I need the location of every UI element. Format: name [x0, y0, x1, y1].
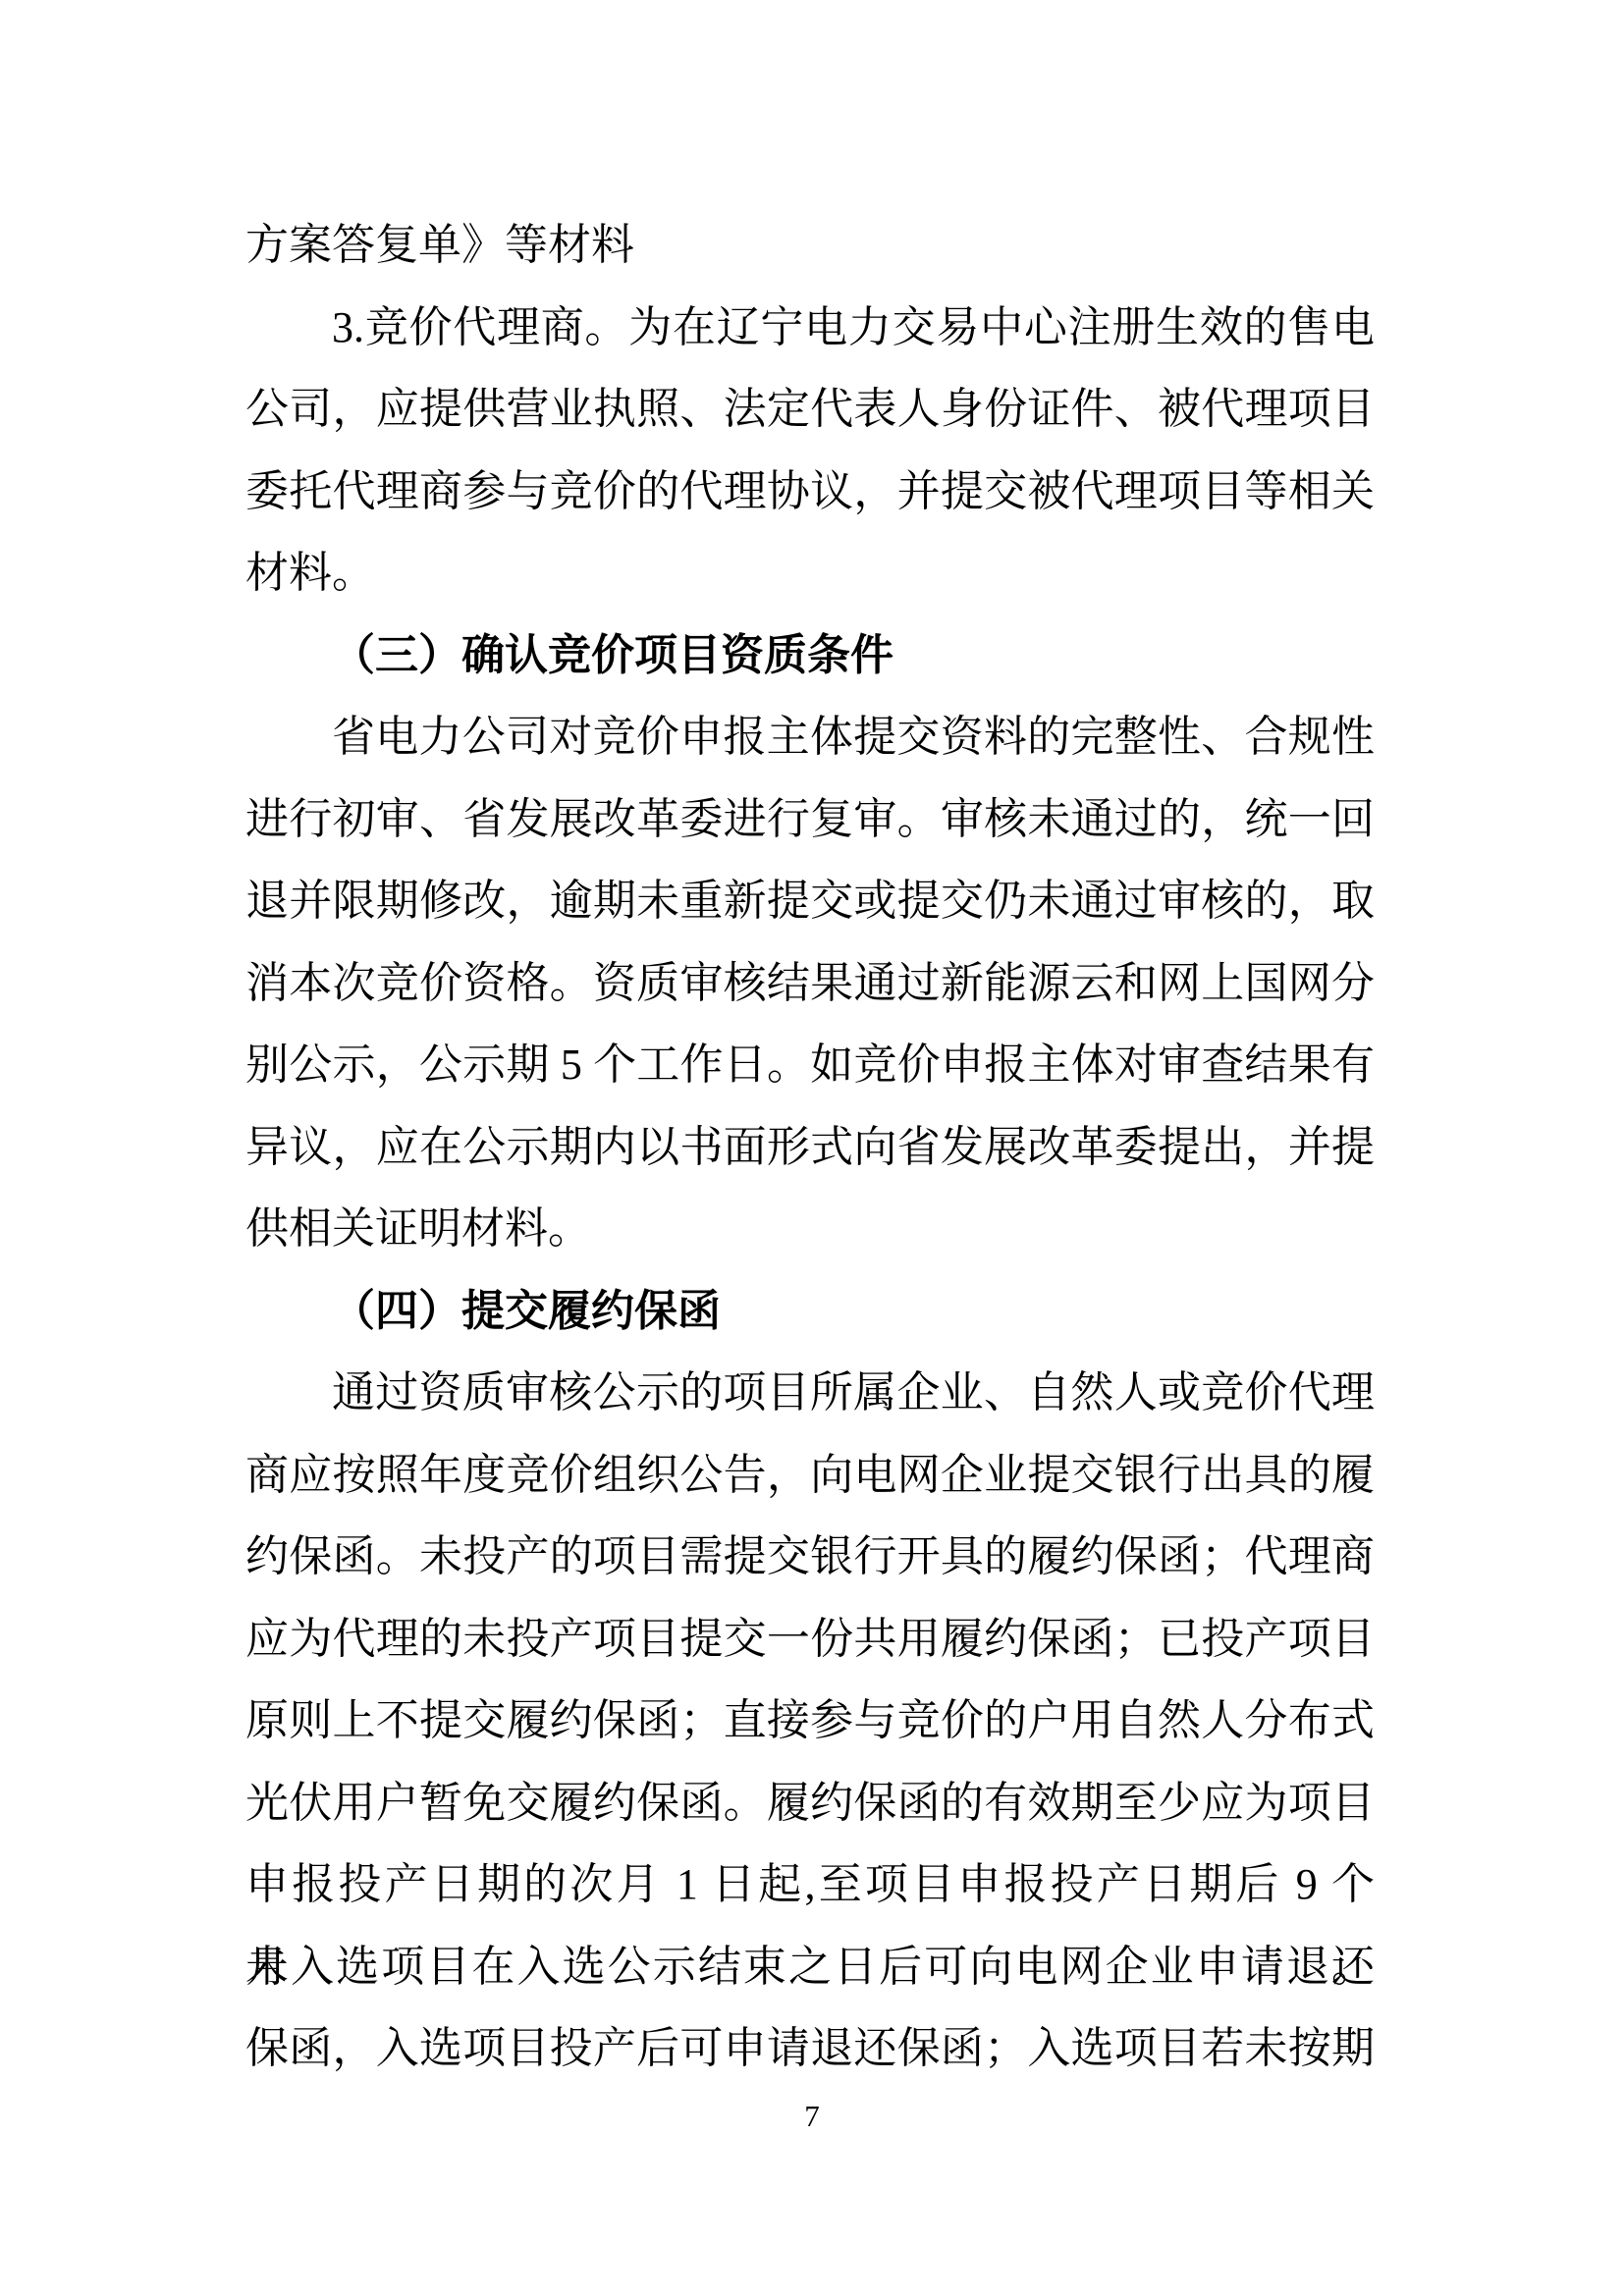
text-line: 进行初审、省发展改革委进行复审。审核未通过的，统一回	[245, 778, 1375, 861]
text-line: 别公示，公示期 5 个工作日。如竞价申报主体对审查结果有	[245, 1024, 1375, 1106]
text-line: 保函，入选项目投产后可申请退还保函；入选项目若未按期	[245, 2007, 1375, 2090]
text-line: 申报投产日期的次月 1 日起,至项目申报投产日期后 9 个月。	[245, 1843, 1375, 1926]
text-line: 3.竞价代理商。为在辽宁电力交易中心注册生效的售电	[245, 287, 1375, 369]
text-line: 未入选项目在入选公示结束之日后可向电网企业申请退还	[245, 1926, 1375, 2008]
text-line: 消本次竞价资格。资质审核结果通过新能源云和网上国网分	[245, 942, 1375, 1025]
page-number: 7	[0, 2099, 1624, 2134]
text-line: 异议，应在公示期内以书面形式向省发展改革委提出，并提	[245, 1106, 1375, 1189]
text-line: 光伏用户暂免交履约保函。履约保函的有效期至少应为项目	[245, 1762, 1375, 1844]
document-page: 方案答复单》等材料3.竞价代理商。为在辽宁电力交易中心注册生效的售电公司，应提供…	[0, 0, 1624, 2296]
text-line: 公司，应提供营业执照、法定代表人身份证件、被代理项目	[245, 368, 1375, 451]
text-line: 原则上不提交履约保函；直接参与竞价的户用自然人分布式	[245, 1680, 1375, 1762]
text-line: 退并限期修改，逾期未重新提交或提交仍未通过审核的，取	[245, 860, 1375, 942]
text-line: 委托代理商参与竞价的代理协议，并提交被代理项目等相关	[245, 451, 1375, 533]
text-line: 应为代理的未投产项目提交一份共用履约保函；已投产项目	[245, 1598, 1375, 1681]
text-line: 省电力公司对竞价申报主体提交资料的完整性、合规性	[245, 696, 1375, 778]
text-line: 通过资质审核公示的项目所属企业、自然人或竞价代理	[245, 1352, 1375, 1434]
text-line: 供相关证明材料。	[245, 1188, 1375, 1270]
text-line: 材料。	[245, 532, 1375, 614]
text-line: 方案答复单》等材料	[245, 204, 1375, 287]
text-line: 商应按照年度竞价组织公告，向电网企业提交银行出具的履	[245, 1434, 1375, 1517]
text-line: 约保函。未投产的项目需提交银行开具的履约保函；代理商	[245, 1516, 1375, 1598]
document-body: 方案答复单》等材料3.竞价代理商。为在辽宁电力交易中心注册生效的售电公司，应提供…	[245, 204, 1375, 2090]
section-heading-line: （三）确认竞价项目资质条件	[245, 614, 1375, 697]
section-heading-line: （四）提交履约保函	[245, 1270, 1375, 1353]
